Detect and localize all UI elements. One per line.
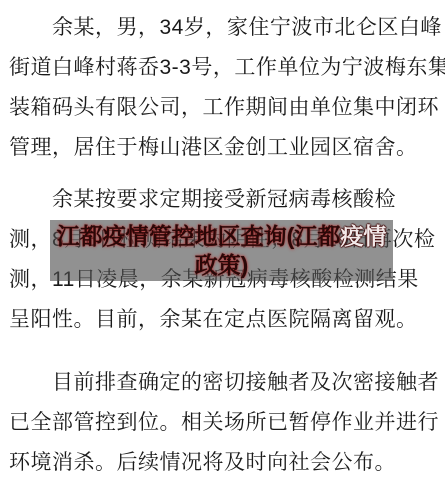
text-line: 管理，居住于梅山港区金创工业园区宿舍。 — [9, 128, 436, 168]
overlay-title-text-highlight: 疫情 — [340, 223, 386, 249]
news-article-image: 余某，男，34岁，家住宁波市北仑区白峰 街道白峰村蒋岙3-3号，工作单位为宁波梅… — [0, 0, 445, 496]
paragraph: 余某，男，34岁，家住宁波市北仑区白峰 街道白峰村蒋岙3-3号，工作单位为宁波梅… — [9, 8, 436, 168]
text-line: 环境消杀。后续情况将及时向社会公布。 — [9, 443, 436, 483]
overlay-title-line-2: 政策) — [50, 251, 393, 280]
text-line: 呈阳性。目前，余某在定点医院隔离留观。 — [9, 300, 436, 340]
title-overlay: 江都疫情管控地区查询(江都疫情 政策) — [50, 220, 393, 281]
text-line: 目前排查确定的密切接触者及次密接触者 — [9, 363, 436, 403]
text-line: 余某，男，34岁，家住宁波市北仑区白峰 — [9, 8, 436, 48]
overlay-title-text-main: 江都疫情管控地区查询(江都 — [57, 223, 341, 249]
text-line: 街道白峰村蒋岙3-3号，工作单位为宁波梅东集 — [9, 48, 436, 88]
text-line: 装箱码头有限公司，工作期间由单位集中闭环 — [9, 88, 436, 128]
text-line: 已全部管控到位。相关场所已暂停作业并进行 — [9, 403, 436, 443]
overlay-title-line-1: 江都疫情管控地区查询(江都疫情 — [50, 222, 393, 251]
text-line: 余某按要求定期接受新冠病毒核酸检 — [9, 180, 436, 220]
paragraph: 目前排查确定的密切接触者及次密接触者 已全部管控到位。相关场所已暂停作业并进行 … — [9, 363, 436, 483]
